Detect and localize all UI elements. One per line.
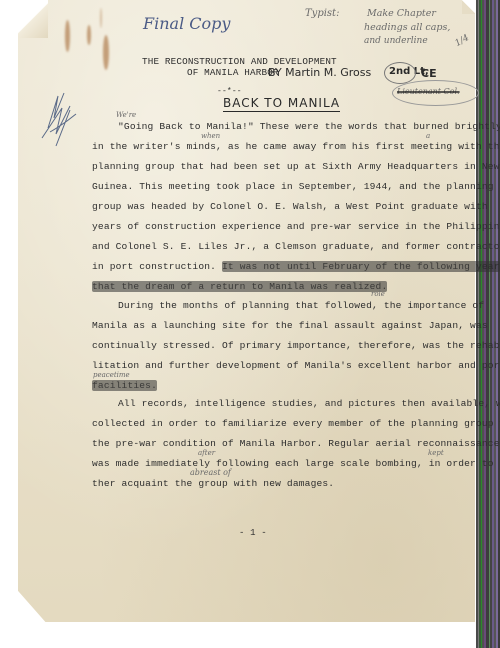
p3-line3: the pre-war condition of Manila Harbor. … bbox=[92, 438, 500, 449]
insert-role: role bbox=[371, 290, 385, 298]
p1-line8: in port construction. It was not until F… bbox=[92, 261, 500, 272]
struck-rank-oval bbox=[392, 80, 479, 106]
author-branch: CE bbox=[421, 67, 437, 80]
insert-peacetime: peacetime bbox=[93, 371, 130, 379]
rust-stain bbox=[65, 20, 70, 52]
p3-line1: All records, intelligence studies, and p… bbox=[118, 398, 500, 409]
insert-after: after bbox=[198, 449, 215, 457]
final-copy-note: Final Copy bbox=[143, 14, 230, 33]
p1-line5: group was headed by Colonel O. E. Walsh,… bbox=[92, 201, 488, 212]
p3-line4: was made immediately following each larg… bbox=[92, 458, 500, 469]
insert-a: a bbox=[426, 132, 430, 140]
typist-note-line2: headings all caps, bbox=[364, 22, 450, 33]
p2-line5: facilities. bbox=[92, 380, 157, 391]
p1-line3: planning group that had been set up at S… bbox=[92, 161, 500, 172]
p3-line5: ther acquaint the group with new damages… bbox=[92, 478, 334, 489]
p1-line2: in the writer's minds, as he came away f… bbox=[92, 141, 500, 152]
insert-abreast-of: abreast of bbox=[190, 468, 231, 477]
rust-stain bbox=[100, 8, 102, 28]
margin-scribble bbox=[36, 88, 86, 148]
typist-note-line1: Make Chapter bbox=[367, 8, 436, 19]
p1-line1-text: "Going Back to Manila!" These were the w… bbox=[118, 121, 500, 132]
rust-stain bbox=[87, 25, 91, 45]
page-number: - 1 - bbox=[239, 528, 267, 538]
struck-sentence-part1: It was not until February of the followi… bbox=[222, 261, 500, 272]
insert-when: when bbox=[201, 132, 220, 140]
section-divider: --*-- bbox=[217, 87, 242, 96]
p2-line2: Manila as a launching site for the final… bbox=[92, 320, 488, 331]
p1-line8-text: in port construction. bbox=[92, 261, 216, 272]
insert-kept: kept bbox=[428, 449, 444, 457]
struck-sentence-part2: that the dream of a return to Manila was… bbox=[92, 281, 387, 292]
rank-circle bbox=[384, 62, 416, 84]
p2-line4: litation and further development of Mani… bbox=[92, 360, 500, 371]
author-byline: BY Martin M. Gross bbox=[268, 66, 371, 79]
p1-line4: Guinea. This meeting took place in Septe… bbox=[92, 181, 494, 192]
p3-line2: collected in order to familiarize every … bbox=[92, 418, 500, 429]
document-title-line2: OF MANILA HARBOR bbox=[187, 67, 279, 78]
torn-corner bbox=[462, 0, 475, 14]
folded-corner bbox=[18, 0, 48, 38]
typist-label: Typist: bbox=[305, 8, 339, 19]
p1-line6: years of construction experience and pre… bbox=[92, 221, 500, 232]
struck-facilities: facilities. bbox=[92, 380, 157, 391]
p1-line9: that the dream of a return to Manila was… bbox=[92, 281, 387, 292]
p1-line1: "Going Back to Manila!" These were the w… bbox=[118, 121, 500, 132]
chapter-heading: BACK TO MANILA bbox=[223, 96, 340, 110]
typist-note-line3: and underline bbox=[364, 36, 428, 46]
rust-stain bbox=[103, 35, 109, 70]
p1-line7: and Colonel S. E. Liles Jr., a Clemson g… bbox=[92, 241, 500, 252]
chapter-heading-text: BACK TO MANILA bbox=[223, 96, 340, 112]
insert-were: We're bbox=[116, 111, 136, 119]
p2-line3: continually stressed. Of primary importa… bbox=[92, 340, 500, 351]
p2-line1: During the months of planning that follo… bbox=[118, 300, 484, 311]
